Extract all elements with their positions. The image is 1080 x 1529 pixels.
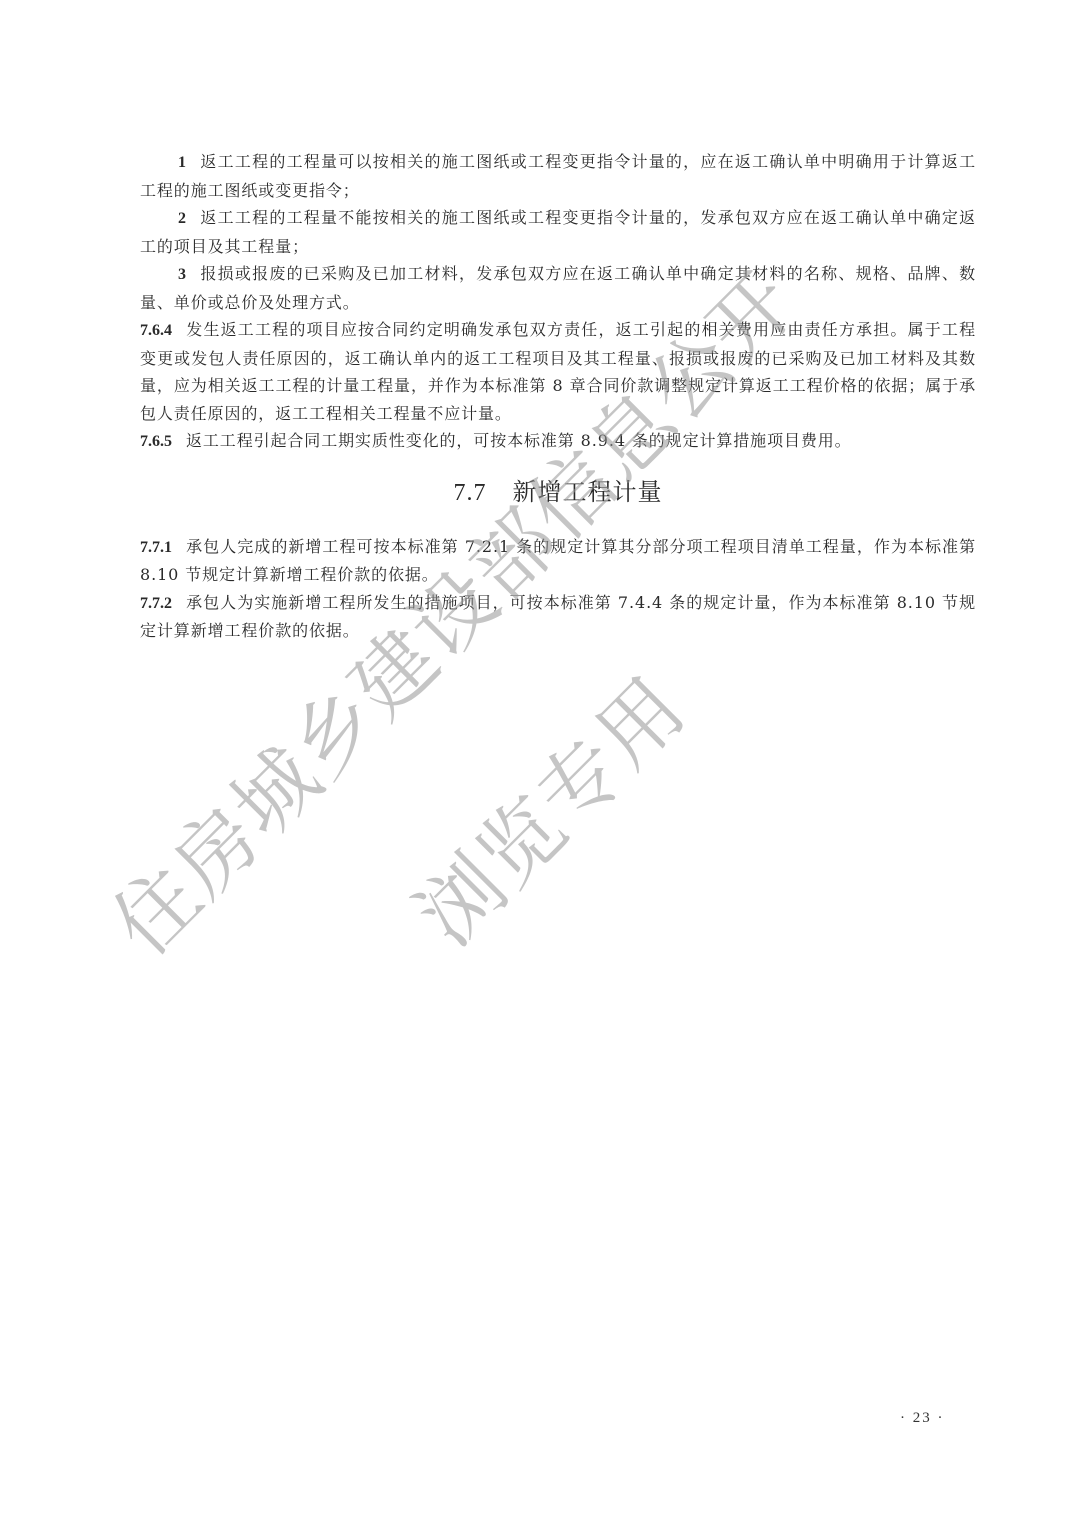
clause-number: 7.7.2 bbox=[140, 595, 172, 612]
watermark-line-2: 浏览专用 bbox=[387, 647, 707, 967]
clause-number: 7.6.5 bbox=[140, 433, 172, 450]
page-number: · 23 · bbox=[900, 1410, 945, 1427]
section-title-text: 新增工程计量 bbox=[513, 478, 663, 506]
clause-text: 发生返工工程的项目应按合同约定明确发承包双方责任，返工引起的相关费用应由责任方承… bbox=[140, 320, 976, 423]
clause-7-7-1: 7.7.1承包人完成的新增工程可按本标准第 7.2.1 条的规定计算其分部分项工… bbox=[140, 533, 976, 589]
clause-7-6-5: 7.6.5返工工程引起合同工期实质性变化的，可按本标准第 8.9.4 条的规定计… bbox=[140, 427, 976, 456]
item-text: 返工工程的工程量可以按相关的施工图纸或工程变更指令计量的，应在返工确认单中明确用… bbox=[140, 152, 976, 200]
clause-7-7-2: 7.7.2承包人为实施新增工程所发生的措施项目，可按本标准第 7.4.4 条的规… bbox=[140, 589, 976, 645]
item-text: 返工工程的工程量不能按相关的施工图纸或工程变更指令计量的，发承包双方应在返工确认… bbox=[140, 208, 976, 256]
section-number: 7.7 bbox=[454, 480, 487, 506]
item-text: 报损或报废的已采购及已加工材料，发承包双方应在返工确认单中确定其材料的名称、规格… bbox=[140, 264, 976, 312]
page-body: 1返工工程的工程量可以按相关的施工图纸或工程变更指令计量的，应在返工确认单中明确… bbox=[140, 148, 976, 645]
clause-text: 返工工程引起合同工期实质性变化的，可按本标准第 8.9.4 条的规定计算措施项目… bbox=[186, 431, 852, 450]
clause-text: 承包人为实施新增工程所发生的措施项目，可按本标准第 7.4.4 条的规定计量，作… bbox=[140, 593, 976, 641]
list-item-3: 3报损或报废的已采购及已加工材料，发承包双方应在返工确认单中确定其材料的名称、规… bbox=[140, 260, 976, 316]
item-number: 1 bbox=[178, 154, 186, 171]
clause-number: 7.6.4 bbox=[140, 322, 172, 339]
clause-7-6-4: 7.6.4发生返工工程的项目应按合同约定明确发承包双方责任，返工引起的相关费用应… bbox=[140, 316, 976, 427]
item-number: 2 bbox=[178, 210, 186, 227]
clause-text: 承包人完成的新增工程可按本标准第 7.2.1 条的规定计算其分部分项工程项目清单… bbox=[140, 537, 976, 585]
clause-number: 7.7.1 bbox=[140, 539, 172, 556]
list-item-1: 1返工工程的工程量可以按相关的施工图纸或工程变更指令计量的，应在返工确认单中明确… bbox=[140, 148, 976, 204]
list-item-2: 2返工工程的工程量不能按相关的施工图纸或工程变更指令计量的，发承包双方应在返工确… bbox=[140, 204, 976, 260]
item-number: 3 bbox=[178, 266, 186, 283]
section-heading: 7.7新增工程计量 bbox=[140, 474, 976, 511]
